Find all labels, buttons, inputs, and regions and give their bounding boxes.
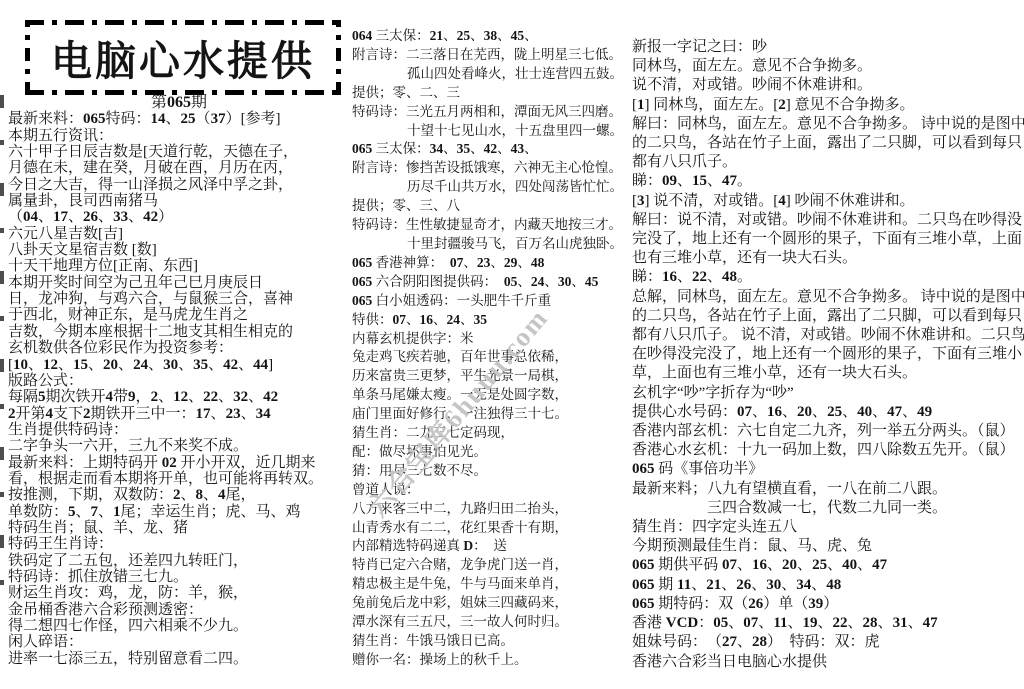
- text-line: [1] 同林鸟，面左左。[2] 意见不合争拗多。: [632, 96, 1022, 115]
- text-line: 猜：用尽三七数不尽。: [352, 462, 637, 481]
- text-line: 孤山四处看峰火，壮士连营四五鼓。: [352, 65, 637, 84]
- text-line: 香港六合彩当日电脑心水提供: [632, 653, 1022, 672]
- text-line: 十望十七见山水，十五盘里四一螺。: [352, 122, 637, 141]
- text-line: 单条马尾嫌太瘦。一无是处圆字数，: [352, 386, 637, 405]
- text-line: 庙门里面好修行，一注独得三十七。: [352, 405, 637, 424]
- text-line: 附言诗：惨挡苦设抵饿寒，六神无主心怆惶。: [352, 159, 637, 178]
- text-line: 生肖提供特码诗：: [8, 422, 350, 438]
- text-line: 最新来料：065特码：14、25（37）[参考]: [8, 111, 350, 127]
- text-line: 特码诗：抓住放错三七九。: [8, 569, 350, 585]
- text-line: 闲人碎语：: [8, 634, 350, 650]
- text-line: 也有三堆小草，还有一块大石头。: [632, 249, 1022, 268]
- text-line: 提供；零、三、八: [352, 197, 637, 216]
- text-line: 曾道人说：: [352, 481, 637, 500]
- text-line: 十里封疆骏马飞，百万名山虎独卧。: [352, 235, 637, 254]
- text-line: 金吊桶香港六合彩预测透密：: [8, 602, 350, 618]
- text-line: 的二只鸟，各站在竹子上面，露出了二只脚，可以看到每只: [632, 307, 1022, 326]
- text-line: 三四合数减一七，代数二九同一类。: [632, 499, 1022, 518]
- text-line: 按推测，下期，双数防：2、8、4尾，: [8, 487, 350, 503]
- text-line: 铁码定了二五包，还差四九转旺门，: [8, 553, 350, 569]
- page-title: 电脑心水提供: [51, 28, 315, 87]
- text-line: 财运生肖攻：鸡，龙，防：羊，猴，: [8, 585, 350, 601]
- text-line: 提供心水号码：07、16、20、25、40、47、49: [632, 403, 1022, 422]
- text-line: 065 白小姐透码：一头肥牛千斤重: [352, 292, 637, 311]
- text-line: 单数防：5、7、1尾；幸运生肖；虎、马、鸡: [8, 504, 350, 520]
- text-line: 附言诗：二三落日在芜西，陇上明星三七低。: [352, 46, 637, 65]
- text-line: 内幕玄机提供字：米: [352, 330, 637, 349]
- text-line: 065 期特码：双（26）单（39）: [632, 595, 1022, 614]
- text-line: 065 期供平码 07、16、20、25、40、47: [632, 556, 1022, 575]
- column-middle: 064 三太保：21、25、38、45、附言诗：二三落日在芜西，陇上明星三七低。…: [352, 27, 637, 670]
- text-line: 六元八星吉数[吉]: [8, 226, 350, 242]
- text-line: 香港 VCD：05、07、11、19、22、28、31、47: [632, 614, 1022, 633]
- text-line: 看，根据走而看本期将开单，也可能将再转双。: [8, 471, 350, 487]
- text-line: 山青秀水有二二，花红果香十有期，: [352, 519, 637, 538]
- text-line: （04、17、26、33、42）: [8, 209, 350, 225]
- text-line: 特码生肖；鼠、羊、龙、猪: [8, 520, 350, 536]
- text-line: 兔前兔后龙中彩，姐妹三四藏码来，: [352, 594, 637, 613]
- text-line: 赠你一名：操场上的秋千上。: [352, 651, 637, 670]
- text-line: 配：做尽坏事怕见光。: [352, 443, 637, 462]
- text-line: 最新来料：上期特码开 02 开小开双，近几期来: [8, 455, 350, 471]
- text-line: 065 六合阴阳图提供码： 05、24、30、45: [352, 273, 637, 292]
- column-right: 新报一字记之曰：吵同林鸟，面左左。意见不合争拗多。说不清，对或错。吵闹不休难讲和…: [632, 38, 1022, 672]
- text-line: 进率一七添三五，特别留意看二四。: [8, 651, 350, 667]
- column-left: 第065期最新来料：065特码：14、25（37）[参考]本期五行资讯：六十甲子…: [8, 95, 350, 667]
- text-line: 特码诗：生性敏捷显奇才，内藏天地按三才。: [352, 216, 637, 235]
- text-line: 特码王生肖诗：: [8, 536, 350, 552]
- page-edge-dashes: [0, 95, 4, 605]
- text-line: 064 三太保：21、25、38、45、: [352, 27, 637, 46]
- text-line: 的二只鸟，各站在竹子上面，露出了二只脚，可以看到每只: [632, 134, 1022, 153]
- text-line: 065 香港神算： 07、23、29、48: [352, 254, 637, 273]
- text-line: 兔走鸡飞疾若驰，百年世事总依稀，: [352, 348, 637, 367]
- text-line: 玄机数供各位彩民作为投资参考：: [8, 340, 350, 356]
- text-line: 猜生肖：二九三七定码现，: [352, 424, 637, 443]
- text-line: 今期预测最佳生肖：鼠、马、虎、兔: [632, 537, 1022, 556]
- text-line: 新报一字记之曰：吵: [632, 38, 1022, 57]
- text-line: [10、12、15、20、24、30、35、42、44]: [8, 357, 350, 373]
- text-line: 属量卦，艮司西南猪马: [8, 193, 350, 209]
- text-line: 历尽千山共万水，四处闯荡皆忙忙。: [352, 178, 637, 197]
- text-line: 版路公式：: [8, 373, 350, 389]
- text-line: 今日之大吉，得一山泽损之风泽中孚之卦，: [8, 177, 350, 193]
- text-line: 都有八只爪子。 说不清，对或错。吵闹不休难讲和。二只鸟: [632, 326, 1022, 345]
- text-line: 解曰：同林鸟，面左左。意见不合争拗多。 诗中说的是图中: [632, 115, 1022, 134]
- text-line: 八卦天文星宿吉数 [数]: [8, 242, 350, 258]
- text-line: 日，龙冲狗，与鸡六合，与鼠猴三合，喜神: [8, 291, 350, 307]
- text-line: 香港心水玄机：十九一码加上数，四八除数五先开。（鼠）: [632, 441, 1022, 460]
- text-line: 本期五行资讯：: [8, 128, 350, 144]
- text-line: 得二想四七作怪，四六相乘不少九。: [8, 618, 350, 634]
- title-box: 电脑心水提供: [25, 20, 341, 95]
- text-line: 065 期 11、21、26、30、34、48: [632, 576, 1022, 595]
- text-line: 065 码《事倍功半》: [632, 460, 1022, 479]
- text-line: 每隔5期次铁开4带9，2、12、22、32、42: [8, 389, 350, 405]
- text-line: 解曰：说不清，对或错。吵闹不休难讲和。二只鸟在吵得没: [632, 211, 1022, 230]
- lottery-tip-sheet: 电脑心水提供 第065期最新来料：065特码：14、25（37）[参考]本期五行…: [0, 0, 1024, 689]
- text-line: 2开第4支下2期铁开三中一：17、23、34: [8, 406, 350, 422]
- text-line: 特肖已定六合赌，龙争虎门送一肖，: [352, 556, 637, 575]
- text-line: 特供：07、16、24、35: [352, 311, 637, 330]
- text-line: 月德在未，建在癸，月破在酉，月历在丙，: [8, 160, 350, 176]
- text-line: 最新来料；八九有望横直看，一八在前二八跟。: [632, 480, 1022, 499]
- text-line: 精忠极主是牛兔，牛与马面来单肖，: [352, 575, 637, 594]
- text-line: 在吵得没完没了，地上还有一个圆形的果子，下面有三堆小: [632, 345, 1022, 364]
- text-line: 065 三太保：34、35、42、43、: [352, 140, 637, 159]
- text-line: 总解，同林鸟，面左左。意见不合争拗多。 诗中说的是图中: [632, 288, 1022, 307]
- text-line: 八方来客三中二，九路归田二抬头，: [352, 500, 637, 519]
- text-line: 都有八只爪子。: [632, 153, 1022, 172]
- text-line: 二字争头一六开，三九不来奖不成。: [8, 438, 350, 454]
- text-line: 猜生肖：四字定头连五八: [632, 518, 1022, 537]
- text-line: 第065期: [8, 95, 350, 111]
- text-line: 睇：16、22、48。: [632, 268, 1022, 287]
- text-line: 猜生肖：牛饿马饿日已高。: [352, 632, 637, 651]
- text-line: 说不清，对或错。吵闹不休难讲和。: [632, 76, 1022, 95]
- text-line: 睇：09、15、47。: [632, 172, 1022, 191]
- text-line: 历来富贵三更梦，平生光景一局棋，: [352, 367, 637, 386]
- text-line: 同林鸟，面左左。意见不合争拗多。: [632, 57, 1022, 76]
- text-line: 香港内部玄机：六七自定二九齐，列一举五分两头。（鼠）: [632, 422, 1022, 441]
- text-line: 于西北，财神正东，是马虎龙生肖之: [8, 307, 350, 323]
- text-line: 完没了，地上还有一个圆形的果子，下面有三堆小草，上面: [632, 230, 1022, 249]
- text-line: 姐妹号码： （27、28） 特码：双：虎: [632, 633, 1022, 652]
- text-line: 内部精选特码递真 D： 送: [352, 537, 637, 556]
- text-line: 十天干地理方位[正南、东西]: [8, 258, 350, 274]
- text-line: 吉数，今期本座根据十二地支其相生相克的: [8, 324, 350, 340]
- text-line: 本期开奖时间空为己丑年己巳月庚辰日: [8, 275, 350, 291]
- text-line: 玄机字“吵”字折存为“吵”: [632, 384, 1022, 403]
- text-line: 特码诗：三光五月两相和，潭面无风三四磨。: [352, 103, 637, 122]
- text-line: 草，上面也有三堆小草，还有一块大石头。: [632, 364, 1022, 383]
- text-line: 六十甲子日辰吉数是[天道行乾，天德在子，: [8, 144, 350, 160]
- text-line: 提供；零、二、三: [352, 84, 637, 103]
- text-line: [3] 说不清，对或错。[4] 吵闹不休难讲和。: [632, 192, 1022, 211]
- text-line: 潭水深有三五尺，三一故人何时归。: [352, 613, 637, 632]
